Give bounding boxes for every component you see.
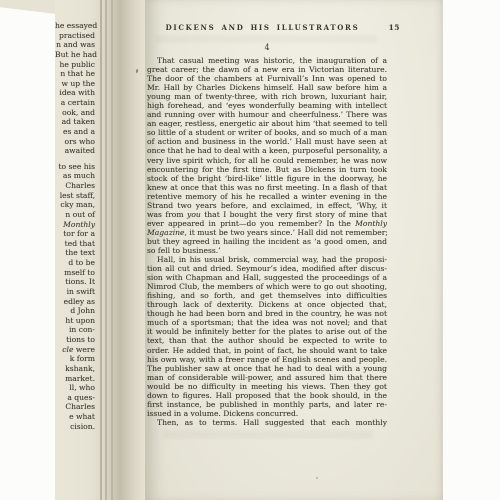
dust-speck	[316, 477, 318, 479]
left-text-fragment: ad taken	[55, 117, 95, 127]
left-text-fragment: But he had	[55, 50, 95, 60]
left-text-fragment: n out of	[55, 210, 95, 220]
text-line: very live spirit which, for all he could…	[147, 156, 387, 165]
text-line: much of a sportsman; that the idea was n…	[147, 318, 387, 327]
section-number: 4	[147, 43, 387, 52]
text-line: Magazine, it must be two years since.’ H…	[147, 228, 387, 237]
text-line: Mr. Hall by Charles Dickens himself. Hal…	[147, 83, 387, 92]
text-line: through lack of dexterity. Dickens at on…	[147, 300, 387, 309]
text-line: an eager, restless, energetic air about …	[147, 119, 387, 128]
left-text-fragment: Charles	[55, 181, 95, 191]
left-text-fragment: mself to	[55, 268, 95, 278]
left-text-fragment: ors who	[55, 137, 95, 147]
left-text-fragment: k form	[55, 354, 95, 364]
text-line: knew at once that this was no first meet…	[147, 183, 387, 192]
text-line: sion with Chapman and Hall, suggested th…	[147, 273, 387, 282]
left-page-corner	[0, 0, 56, 14]
left-text-fragment: a ques-	[55, 393, 95, 403]
left-text-fragment: ted that	[55, 239, 95, 249]
left-text-fragment: tions to	[55, 335, 95, 345]
left-text-fragment: n and was	[55, 40, 95, 50]
text-line: once that he had to deal with a keen, pu…	[147, 146, 387, 155]
text-line: so little of a student or writer of book…	[147, 128, 387, 137]
left-text-fragment: cision.	[55, 422, 95, 432]
text-line: fishing, and so forth, and get themselve…	[147, 291, 387, 300]
left-text-fragment: tor for a	[55, 229, 95, 239]
text-line: ever appeared in print—do you remember? …	[147, 219, 387, 228]
text-line: though he had been born and bred in the …	[147, 309, 387, 318]
left-text-fragment: es and a	[55, 127, 95, 137]
left-text-fragment: ook, and	[55, 108, 95, 118]
left-text-fragment: cle were	[55, 345, 95, 355]
text-line: it would be infinitely better for the pl…	[147, 327, 387, 336]
text-line: his own way, with a freer range of Engli…	[147, 355, 387, 364]
left-page-text: he essayedpractisedn and wasBut he hadhe…	[55, 21, 95, 431]
left-text-fragment: a certain	[55, 98, 95, 108]
text-line: The publisher saw at once that he had to…	[147, 364, 387, 373]
text-line: Strand two years before, and exclaimed, …	[147, 201, 387, 210]
left-text-fragment: he public	[55, 60, 95, 70]
left-text-fragment: ll, who	[55, 383, 95, 393]
text-line: and running over with humour and cheerfu…	[147, 110, 387, 119]
text-line: would be no difficulty in meeting his vi…	[147, 382, 387, 391]
left-page-strip: he essayedpractisedn and wasBut he hadhe…	[55, 0, 145, 500]
left-text-fragment: practised	[55, 31, 95, 41]
left-text-fragment: w up the	[55, 79, 95, 89]
text-line: so fell to business.’	[147, 246, 387, 255]
text-line: Hall, in his usual brisk, commercial way…	[147, 255, 387, 264]
text-line: of action and business in the world.’ Ha…	[147, 137, 387, 146]
left-text-fragment: in con-	[55, 325, 95, 335]
left-text-fragment: d John	[55, 306, 95, 316]
left-text-fragment: market.	[55, 374, 95, 384]
text-line: order. He added that, in point of fact, …	[147, 346, 387, 355]
left-text-fragment: cky man,	[55, 200, 95, 210]
running-header: DICKENS AND HIS ILLUSTRATORS 15	[147, 23, 400, 35]
left-text-fragment: ht upon	[55, 316, 95, 326]
right-page: DICKENS AND HIS ILLUSTRATORS 15 4 That c…	[145, 0, 443, 500]
left-text-fragment: as much	[55, 171, 95, 181]
text-line: Nimrod Club, the members of which were t…	[147, 282, 387, 291]
left-text-fragment: to see his	[55, 162, 95, 172]
text-line: high forehead, and ‘eyes wonderfully bea…	[147, 101, 387, 110]
text-line: The door of the chambers at Furnivall’s …	[147, 74, 387, 83]
left-text-fragment: tions. It	[55, 277, 95, 287]
header-page-number: 15	[389, 23, 400, 32]
show-through-artifact	[163, 430, 373, 439]
text-line: was from you that I bought the very firs…	[147, 210, 387, 219]
left-text-fragment: idea with	[55, 88, 95, 98]
text-line: issued in a volume. Dickens concurred.	[147, 409, 387, 418]
text-line: retentive memory of his he recalled a wi…	[147, 192, 387, 201]
text-line: down to figures. Hall proposed that the …	[147, 391, 387, 400]
text-line: tion all cut and dried. Seymour’s idea, …	[147, 264, 387, 273]
text-line: That casual meeting was historic, the in…	[147, 56, 387, 65]
gutter-streak	[111, 0, 113, 500]
left-text-fragment: d to be	[55, 258, 95, 268]
text-line: man of considerable will-power, and assu…	[147, 373, 387, 382]
left-text-fragment: Charles	[55, 402, 95, 412]
left-text-fragment: e what	[55, 412, 95, 422]
left-text-fragment: edley as	[55, 297, 95, 307]
show-through-artifact	[155, 35, 377, 43]
text-line: great career; the dawn of a new era in V…	[147, 65, 387, 74]
text-line: Then, as to terms. Hall suggested that e…	[147, 418, 387, 427]
text-line: but they agreed in hailing the incident …	[147, 237, 387, 246]
left-text-fragment: the text	[55, 248, 95, 258]
left-text-fragment: he essayed	[55, 21, 95, 31]
left-text-fragment: awaited	[55, 146, 95, 156]
header-title: DICKENS AND HIS ILLUSTRATORS	[147, 23, 378, 32]
text-line: encountering for the first time. But as …	[147, 165, 387, 174]
text-line: text, than that the author should be exp…	[147, 336, 387, 345]
text-line: stock of the bright ‘bird-like’ little f…	[147, 174, 387, 183]
left-text-fragment: n that he	[55, 69, 95, 79]
gutter-streak	[100, 0, 102, 500]
text-line: young man of twenty-three, with rich bro…	[147, 92, 387, 101]
book-photo: he essayedpractisedn and wasBut he hadhe…	[0, 0, 500, 500]
gutter-streak	[105, 0, 107, 500]
text-line: first instance, be published in monthly …	[147, 400, 387, 409]
left-text-fragment: lest staff,	[55, 191, 95, 201]
left-text-fragment: Monthly	[55, 220, 95, 230]
left-text-fragment: kshank,	[55, 364, 95, 374]
main-text: That casual meeting was historic, the in…	[147, 56, 387, 427]
left-text-fragment: in swift	[55, 287, 95, 297]
